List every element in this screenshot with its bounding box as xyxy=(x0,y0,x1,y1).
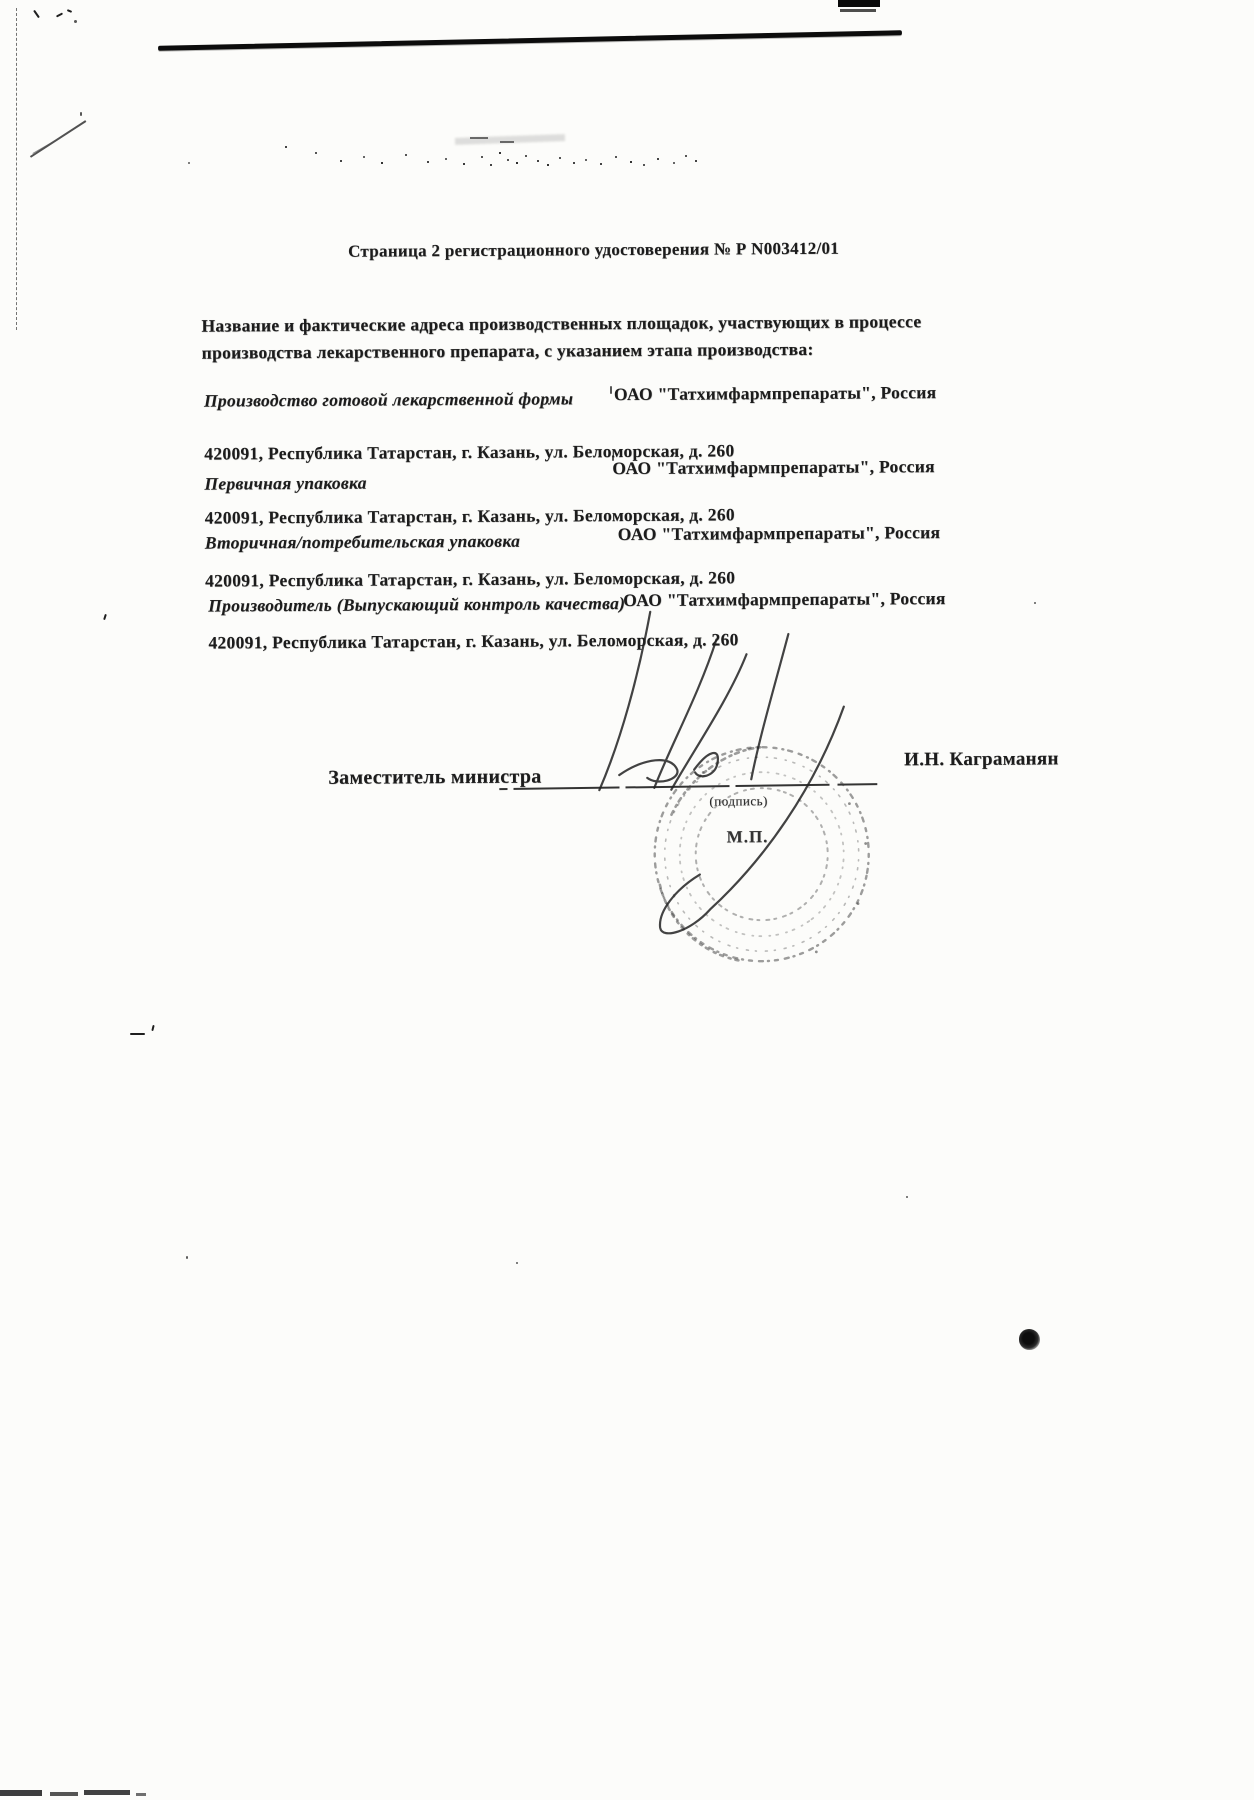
production-site-row: Первичная упаковка ОАО "Татхимфармпрепар… xyxy=(0,0,1248,4)
production-site-row: Производство готовой лекарственной формы… xyxy=(0,0,1248,4)
page-title: Страница 2 регистрационного удостоверени… xyxy=(348,239,839,262)
production-site-row: Вторичная/потребительская упаковка ОАО "… xyxy=(0,0,1248,4)
signatory-name: И.Н. Каграманян xyxy=(904,748,1059,771)
production-stage-label: Производство готовой лекарственной формы xyxy=(204,388,573,411)
manufacturer-name: ОАО "Татхимфармпрепараты", Россия xyxy=(614,382,937,405)
production-stage-label: Первичная упаковка xyxy=(204,473,366,495)
production-sites-list: Производство готовой лекарственной формы… xyxy=(0,0,1248,4)
signature-block: Заместитель министра (подпись) М.П. И.Н.… xyxy=(0,0,1248,4)
section-heading: Название и фактические адреса производст… xyxy=(201,308,938,367)
production-site-row: Производитель (Выпускающий контроль каче… xyxy=(0,0,1248,4)
manufacturer-name: ОАО "Татхимфармпрепараты", Россия xyxy=(618,522,941,545)
signatory-role: Заместитель министра xyxy=(328,766,541,790)
production-stage-label: Вторичная/потребительская упаковка xyxy=(205,531,520,554)
signature-scrawl xyxy=(558,578,900,980)
scanned-document-page: Страница 2 регистрационного удостоверени… xyxy=(0,0,1254,1800)
manufacturer-name: ОАО "Татхимфармпрепараты", Россия xyxy=(612,456,935,479)
